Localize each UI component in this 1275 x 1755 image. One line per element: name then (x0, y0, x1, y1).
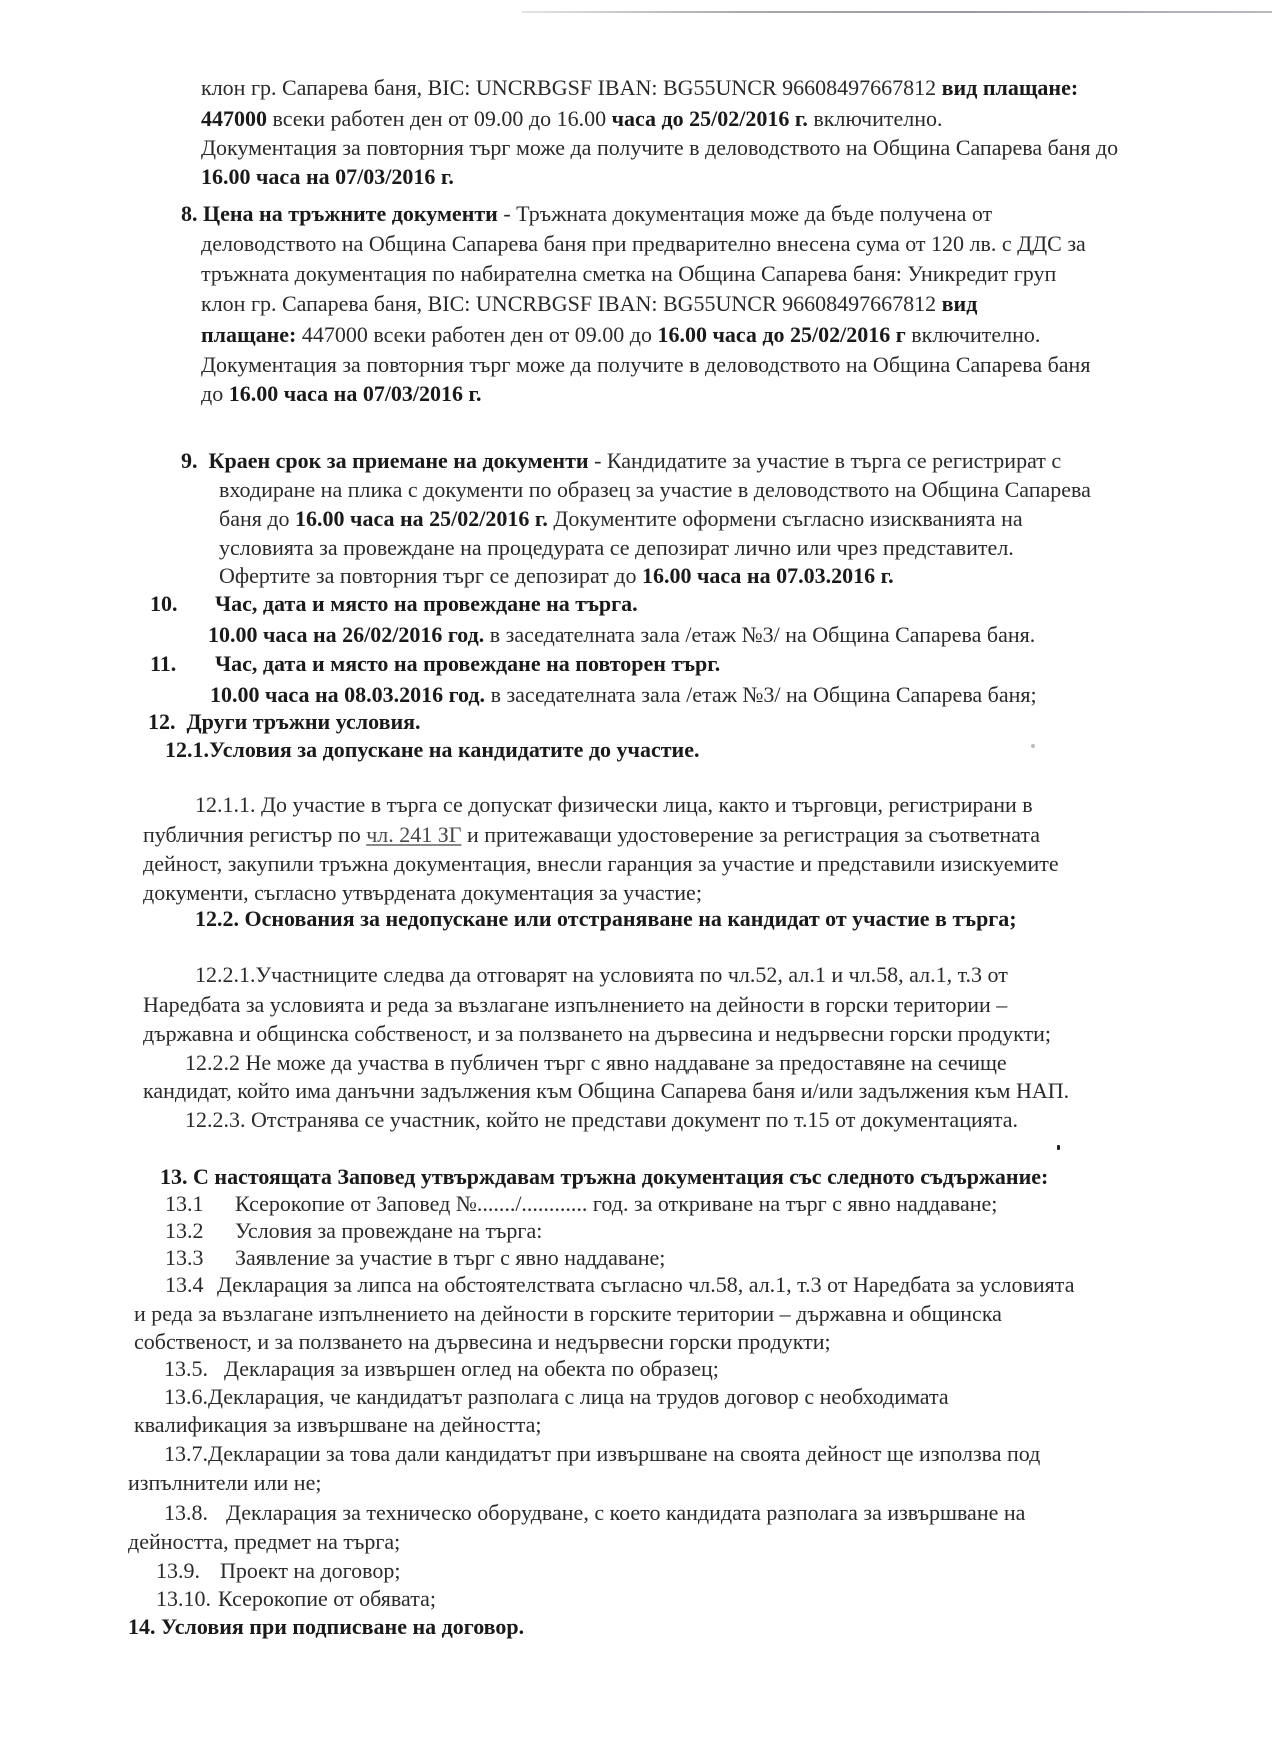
list-item: 13.3Заявление за участие в търг с явно н… (165, 1245, 665, 1271)
section-12-2-1-line-3: държавна и общинска собственост, и за по… (143, 1021, 1051, 1047)
section-9-line-5: Офертите за повторния търг се депозират … (219, 563, 894, 589)
section-12-2-3: 12.2.3. Отстранява се участник, който не… (185, 1107, 1018, 1133)
deadline-date: 16.00 часа на 25/02/2016 г. (295, 506, 548, 531)
list-item: 13.1Ксерокопие от Заповед №......./.....… (165, 1191, 997, 1217)
auction-location: в заседателната зала /етаж №3/ на Община… (484, 622, 1035, 647)
item-text: Заявление за участие в търг с явно надда… (235, 1245, 665, 1270)
text: 16.00 (657, 322, 707, 347)
text: 13. С (160, 1164, 214, 1189)
section-9-line-3: баня до 16.00 часа на 25/02/2016 г. Доку… (219, 506, 1023, 532)
list-item: 13.7.Декларации за това дали кандидатът … (164, 1441, 1040, 1467)
bank-details: клон гр. Сапарева баня, BIC: UNCRBGSF IB… (201, 75, 936, 100)
list-item-continuation: квалификация за извършване на дейността; (134, 1412, 542, 1438)
section-9-heading: 9. Краен срок за приемане на документи -… (181, 448, 1061, 474)
auction-datetime: 10.00 часа на 26/02/2016 год. (208, 622, 484, 647)
section-8-line-3: тръжната документация по набирателна сме… (201, 261, 1056, 287)
text: - Тръжната документация може да бъде пол… (498, 201, 992, 226)
list-item: 13.2Условия за провеждане на търга: (165, 1218, 542, 1244)
section-8-line-4: клон гр. Сапарева баня, BIC: UNCRBGSF IB… (201, 291, 977, 317)
auction-datetime: 10.00 часа на 08.03.2016 год. (210, 682, 485, 707)
list-item: 13.4Декларация за липса на обстоятелства… (165, 1272, 1074, 1298)
text: настоящата Заповед утвърждавам тръжна до… (214, 1164, 920, 1189)
item-text: Декларации за това дали кандидатът при и… (208, 1441, 1040, 1466)
section-9-line-4: условията за провеждане на процедурата с… (219, 535, 1014, 561)
list-item: 13.9.Проект на договор; (156, 1558, 401, 1584)
section-9-line-2: входиране на плика с документи по образе… (219, 477, 1091, 503)
text: 16.00 (229, 381, 279, 406)
item-number: 13.3 (165, 1245, 235, 1271)
list-item-continuation: изпълнители или не; (128, 1470, 321, 1496)
item-number: 13.8. (164, 1500, 226, 1526)
deadline-date: 16.00 часа на 07.03.2016 г. (642, 563, 894, 588)
section-title: Цена на тръжните документи (203, 201, 498, 226)
section-8-heading: 8. Цена на тръжните документи - Тръжната… (181, 201, 992, 227)
item-text: Условия за провеждане на търга: (235, 1218, 542, 1243)
scan-mark (1057, 1145, 1060, 1150)
deadline-date: часа до 25/02/2016 г. (612, 106, 808, 131)
text: вид (936, 291, 977, 316)
continuation-line-1: клон гр. Сапарева баня, BIC: UNCRBGSF IB… (201, 75, 1078, 101)
text: и притежаващи удостоверение за регистрац… (462, 822, 1041, 847)
section-12-2-title: 12.2. Основания за недопускане или отстр… (195, 906, 1017, 932)
section-11-number: 11. (150, 651, 176, 677)
section-10-number: 10. (150, 591, 178, 617)
text: баня до (219, 506, 295, 531)
law-reference-link[interactable]: чл. 241 ЗГ (366, 822, 461, 847)
text: включително. (906, 322, 1041, 347)
text: включително. (808, 106, 943, 131)
text: съдържание: (920, 1164, 1048, 1189)
section-10-title: Час, дата и място на провеждане на търга… (215, 591, 638, 617)
text: 447000 всеки работен ден от 09.00 до (296, 322, 657, 347)
section-12-2-1-line-2: Наредбата за условията и реда за възлага… (143, 992, 1007, 1018)
section-8-line-5: плащане: 447000 всеки работен ден от 09.… (201, 322, 1040, 348)
section-title: Краен срок за приемане на документи (209, 448, 589, 473)
text: всеки работен ден от 09.00 до 16.00 (267, 106, 612, 131)
text: Офертите за повторния търг се депозират … (219, 563, 642, 588)
section-12-1-1-line-2: публичния регистър по чл. 241 ЗГ и прите… (143, 822, 1040, 848)
text: часа на 07/03/2016 г. (278, 381, 481, 406)
list-item: 13.5.Декларация за извършен оглед на обе… (164, 1356, 719, 1382)
deadline-date: часа до 25/02/2016 г (707, 322, 906, 347)
item-text: Проект на договор; (220, 1558, 401, 1583)
section-12-1-1-line-1: 12.1.1. До участие в търга се допускат ф… (195, 792, 1033, 818)
text: Документите оформени съгласно изисквания… (548, 506, 1023, 531)
list-item-continuation: и реда за възлагане изпълнението на дейн… (134, 1301, 1002, 1327)
section-number: 9. (181, 448, 198, 473)
text: плащане: (201, 322, 296, 347)
section-14-title: 14. Условия при подписване на договор. (128, 1614, 524, 1640)
section-8-line-7: до 16.00 часа на 07/03/2016 г. (201, 381, 482, 407)
section-12-heading: 12. Други тръжни условия. (148, 709, 421, 735)
document-page: клон гр. Сапарева баня, BIC: UNCRBGSF IB… (0, 0, 1275, 1755)
payment-type-label: вид плащане: (936, 75, 1078, 100)
item-number: 13.2 (165, 1218, 235, 1244)
section-number: 12. (148, 709, 176, 734)
item-number: 13.9. (156, 1558, 220, 1584)
section-12-1-1-line-4: документи, съгласно утвърдената документ… (143, 880, 702, 906)
item-number: 13.10. (156, 1586, 218, 1612)
item-number: 13.6. (164, 1384, 208, 1410)
item-number: 13.4 (165, 1272, 217, 1298)
item-number: 13.7. (164, 1441, 208, 1467)
item-text: Декларация за техническо оборудване, с к… (226, 1500, 1025, 1525)
item-text: Ксерокопие от Заповед №......./.........… (235, 1191, 997, 1216)
item-text: Декларация за липса на обстоятелствата с… (217, 1272, 1074, 1297)
section-13-title: 13. С настоящата Заповед утвърждавам тръ… (160, 1164, 1048, 1190)
list-item: 13.6.Декларация, че кандидатът разполага… (164, 1384, 949, 1410)
list-item-continuation: дейността, предмет на търга; (128, 1529, 400, 1555)
section-12-1-1-line-3: дейност, закупили тръжна документация, в… (143, 851, 1059, 877)
item-number: 13.1 (165, 1191, 235, 1217)
list-item-continuation: собственост, и за ползването на дървесин… (134, 1329, 831, 1355)
section-title: Други тръжни условия. (187, 709, 421, 734)
text: публичния регистър по (143, 822, 366, 847)
section-12-2-1-line-1: 12.2.1.Участниците следва да отговарят н… (195, 962, 1008, 988)
continuation-line-3: Документация за повторния търг може да п… (201, 135, 1118, 161)
payment-code: 447000 (201, 106, 267, 131)
scan-speck (1031, 744, 1035, 748)
bank-details: клон гр. Сапарева баня, BIC: UNCRBGSF IB… (201, 291, 936, 316)
section-12-2-2-line-2: кандидат, който има данъчни задължения к… (143, 1078, 1069, 1104)
text: - Кандидатите за участие в търга се реги… (589, 448, 1062, 473)
item-text: Ксерокопие от обявата; (218, 1586, 436, 1611)
section-11-title: Час, дата и място на провеждане на повто… (215, 651, 720, 677)
item-text: Декларация, че кандидатът разполага с ли… (208, 1384, 949, 1409)
section-10-detail: 10.00 часа на 26/02/2016 год. в заседате… (208, 622, 1035, 648)
section-12-2-2-line-1: 12.2.2 Не може да участва в публичен тър… (185, 1050, 1007, 1076)
section-8-line-2: деловодството на Община Сапарева баня пр… (201, 231, 1086, 257)
list-item: 13.10.Ксерокопие от обявата; (156, 1586, 436, 1612)
section-number: 8. (181, 201, 198, 226)
item-text: Декларация за извършен оглед на обекта п… (224, 1356, 719, 1381)
section-8-line-6: Документация за повторния търг може да п… (201, 352, 1090, 378)
list-item: 13.8.Декларация за техническо оборудване… (164, 1500, 1025, 1526)
section-12-1-title: 12.1.Условия за допускане на кандидатите… (165, 737, 699, 763)
text: до (201, 381, 229, 406)
continuation-line-4: 16.00 часа на 07/03/2016 г. (201, 164, 454, 190)
auction-location: в заседателната зала /етаж №3/ на Община… (485, 682, 1037, 707)
section-11-detail: 10.00 часа на 08.03.2016 год. в заседате… (210, 682, 1037, 708)
continuation-line-2: 447000 всеки работен ден от 09.00 до 16.… (201, 106, 943, 132)
item-number: 13.5. (164, 1356, 224, 1382)
